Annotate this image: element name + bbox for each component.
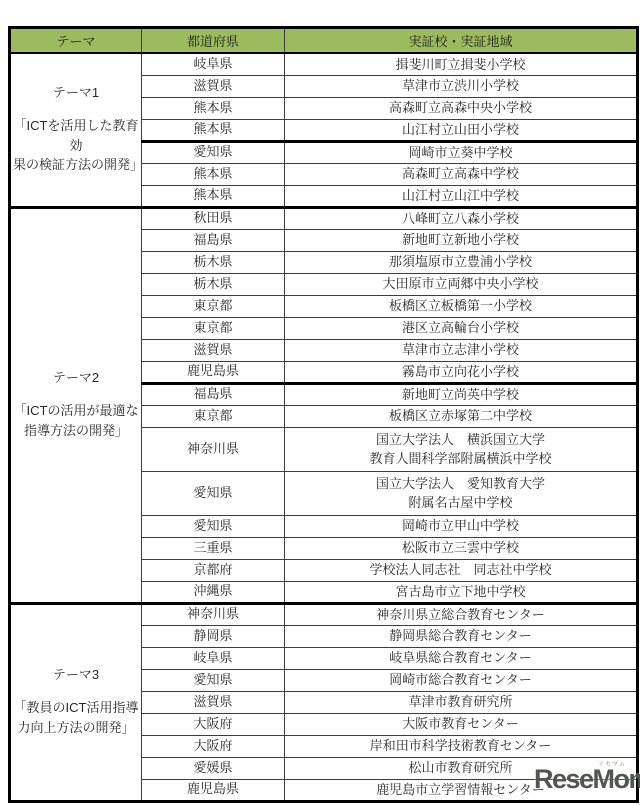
- school-cell: 学校法人同志社 同志社中学校: [285, 559, 638, 581]
- school-cell: 松山市教育研究所: [285, 757, 638, 779]
- document-sheet: テーマ 都道府県 実証校・実証地域 テーマ1「ICTを活用した教育効 果の検証方…: [0, 0, 640, 805]
- prefecture-cell: 大阪府: [142, 735, 285, 757]
- prefecture-cell: 岐阜県: [142, 53, 285, 75]
- prefecture-cell: 静岡県: [142, 625, 285, 647]
- school-cell: 山江村立山江中学校: [285, 185, 638, 207]
- theme-cell: テーマ2「ICTの活用が最適な 指導方法の開発」: [10, 207, 142, 603]
- school-cell: 岡崎市立甲山中学校: [285, 515, 638, 537]
- school-cell: 新地町立新地小学校: [285, 229, 638, 251]
- theme-cell: テーマ3「教員のICT活用指導 力向上方法の開発」: [10, 603, 142, 801]
- school-cell: 国立大学法人 横浜国立大学 教育人間科学部附属横浜中学校: [285, 427, 638, 471]
- prefecture-cell: 熊本県: [142, 163, 285, 185]
- demonstration-schools-table: テーマ 都道府県 実証校・実証地域 テーマ1「ICTを活用した教育効 果の検証方…: [8, 26, 639, 803]
- school-cell: 大田原市立両郷中央小学校: [285, 273, 638, 295]
- prefecture-cell: 京都府: [142, 559, 285, 581]
- column-header-theme: テーマ: [10, 28, 142, 54]
- theme-description: 「ICTの活用が最適な 指導方法の開発」: [14, 401, 139, 440]
- prefecture-cell: 大阪府: [142, 713, 285, 735]
- prefecture-cell: 熊本県: [142, 97, 285, 119]
- prefecture-cell: 福島県: [142, 229, 285, 251]
- school-cell: 高森町立高森中学校: [285, 163, 638, 185]
- prefecture-cell: 秋田県: [142, 207, 285, 229]
- theme-description: 「ICTを活用した教育効 果の検証方法の開発」: [13, 116, 139, 175]
- school-cell: 岐阜県総合教育センター: [285, 647, 638, 669]
- theme-title: テーマ3: [53, 667, 99, 683]
- table-row: テーマ2「ICTの活用が最適な 指導方法の開発」秋田県八峰町立八森小学校: [10, 207, 638, 229]
- column-header-school: 実証校・実証地域: [285, 28, 638, 54]
- prefecture-cell: 愛知県: [142, 141, 285, 163]
- prefecture-cell: 愛媛県: [142, 757, 285, 779]
- theme-description: 「教員のICT活用指導 力向上方法の開発」: [14, 698, 139, 737]
- prefecture-cell: 東京都: [142, 295, 285, 317]
- prefecture-cell: 福島県: [142, 383, 285, 405]
- school-cell: 八峰町立八森小学校: [285, 207, 638, 229]
- school-cell: 草津市教育研究所: [285, 691, 638, 713]
- school-cell: 岸和田市科学技術教育センター: [285, 735, 638, 757]
- table-header-row: テーマ 都道府県 実証校・実証地域: [10, 28, 638, 54]
- table-row: テーマ3「教員のICT活用指導 力向上方法の開発」神奈川県神奈川県立総合教育セン…: [10, 603, 638, 625]
- school-cell: 大阪市教育センター: [285, 713, 638, 735]
- prefecture-cell: 栃木県: [142, 251, 285, 273]
- table-row: テーマ1「ICTを活用した教育効 果の検証方法の開発」岐阜県揖斐川町立揖斐小学校: [10, 53, 638, 75]
- prefecture-cell: 滋賀県: [142, 75, 285, 97]
- prefecture-cell: 鹿児島県: [142, 361, 285, 383]
- prefecture-cell: 栃木県: [142, 273, 285, 295]
- column-header-prefecture: 都道府県: [142, 28, 285, 54]
- school-cell: 草津市立志津小学校: [285, 339, 638, 361]
- school-cell: 国立大学法人 愛知教育大学 附属名古屋中学校: [285, 471, 638, 515]
- prefecture-cell: 滋賀県: [142, 339, 285, 361]
- school-cell: 宮古島市立下地中学校: [285, 581, 638, 603]
- school-cell: 静岡県総合教育センター: [285, 625, 638, 647]
- school-cell: 港区立高輪台小学校: [285, 317, 638, 339]
- prefecture-cell: 神奈川県: [142, 427, 285, 471]
- prefecture-cell: 愛知県: [142, 471, 285, 515]
- prefecture-cell: 神奈川県: [142, 603, 285, 625]
- prefecture-cell: 東京都: [142, 317, 285, 339]
- theme-cell: テーマ1「ICTを活用した教育効 果の検証方法の開発」: [10, 53, 142, 207]
- prefecture-cell: 滋賀県: [142, 691, 285, 713]
- school-cell: 那須塩原市立豊浦小学校: [285, 251, 638, 273]
- prefecture-cell: 東京都: [142, 405, 285, 427]
- school-cell: 岡崎市総合教育センター: [285, 669, 638, 691]
- theme-title: テーマ2: [53, 370, 99, 386]
- school-cell: 草津市立渋川小学校: [285, 75, 638, 97]
- prefecture-cell: 熊本県: [142, 185, 285, 207]
- prefecture-cell: 岐阜県: [142, 647, 285, 669]
- school-cell: 神奈川県立総合教育センター: [285, 603, 638, 625]
- prefecture-cell: 熊本県: [142, 119, 285, 141]
- school-cell: 鹿児島市立学習情報センター: [285, 779, 638, 801]
- prefecture-cell: 鹿児島県: [142, 779, 285, 801]
- school-cell: 高森町立高森中央小学校: [285, 97, 638, 119]
- school-cell: 板橋区立板橋第一小学校: [285, 295, 638, 317]
- prefecture-cell: 愛知県: [142, 515, 285, 537]
- school-cell: 山江村立山田小学校: [285, 119, 638, 141]
- table-body: テーマ1「ICTを活用した教育効 果の検証方法の開発」岐阜県揖斐川町立揖斐小学校…: [10, 53, 638, 801]
- school-cell: 霧島市立向花小学校: [285, 361, 638, 383]
- school-cell: 揖斐川町立揖斐小学校: [285, 53, 638, 75]
- school-cell: 板橋区立赤塚第二中学校: [285, 405, 638, 427]
- school-cell: 松阪市立三雲中学校: [285, 537, 638, 559]
- prefecture-cell: 愛知県: [142, 669, 285, 691]
- school-cell: 新地町立尚英中学校: [285, 383, 638, 405]
- theme-title: テーマ1: [53, 85, 99, 101]
- school-cell: 岡崎市立葵中学校: [285, 141, 638, 163]
- prefecture-cell: 三重県: [142, 537, 285, 559]
- prefecture-cell: 沖縄県: [142, 581, 285, 603]
